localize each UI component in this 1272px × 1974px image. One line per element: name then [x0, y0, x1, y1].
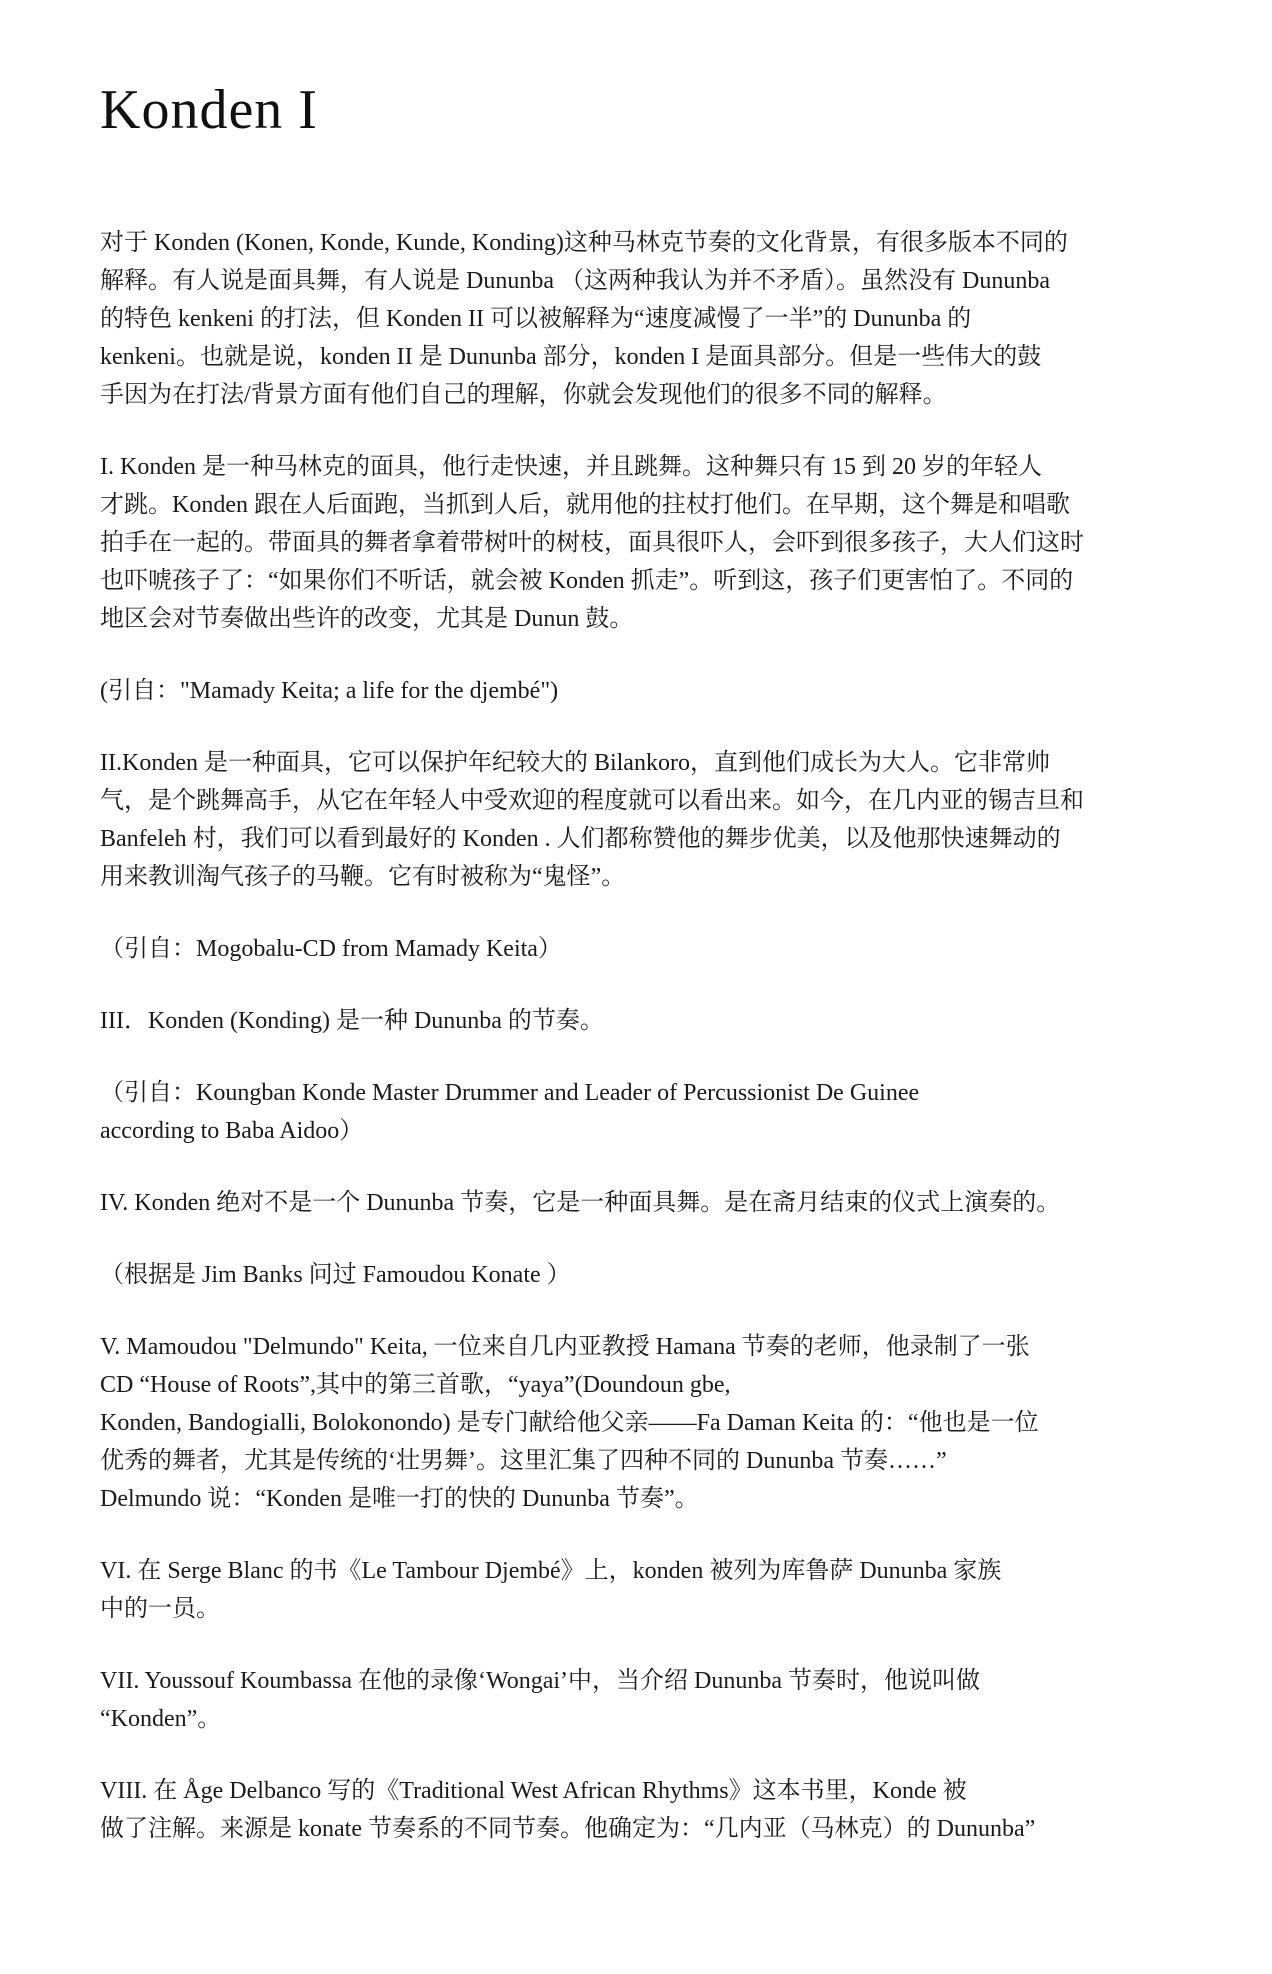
paragraph-item-8: VIII. 在 Åge Delbanco 写的《Traditional West… [100, 1772, 1178, 1848]
paragraph-item-7: VII. Youssouf Koumbassa 在他的录像‘Wongai’中，当… [100, 1662, 1178, 1738]
paragraph-item-4: IV. Konden 绝对不是一个 Dununba 节奏，它是一种面具舞。是在斋… [100, 1184, 1178, 1222]
document-body: 对于 Konden (Konen, Konde, Kunde, Konding)… [100, 224, 1178, 1882]
paragraph-item-6: VI. 在 Serge Blanc 的书《Le Tambour Djembé》上… [100, 1552, 1178, 1628]
paragraph-item-2: II.Konden 是一种面具，它可以保护年纪较大的 Bilankoro，直到他… [100, 744, 1178, 896]
citation-mogobalu-cd: （引自：Mogobalu-CD from Mamady Keita） [100, 930, 1178, 968]
paragraph-intro: 对于 Konden (Konen, Konde, Kunde, Konding)… [100, 224, 1178, 414]
page-title: Konden I [100, 78, 318, 142]
paragraph-item-5: V. Mamoudou "Delmundo" Keita, 一位来自几内亚教授 … [100, 1328, 1178, 1518]
citation-koungban-konde: （引自：Koungban Konde Master Drummer and Le… [100, 1074, 1178, 1150]
citation-mamady-keita-book: (引自："Mamady Keita; a life for the djembé… [100, 672, 1178, 710]
paragraph-item-3: III．Konden (Konding) 是一种 Dununba 的节奏。 [100, 1002, 1178, 1040]
document-page: Konden I 对于 Konden (Konen, Konde, Kunde,… [0, 0, 1272, 1974]
citation-jim-banks: （根据是 Jim Banks 问过 Famoudou Konate ） [100, 1256, 1178, 1294]
paragraph-item-1: I. Konden 是一种马林克的面具，他行走快速，并且跳舞。这种舞只有 15 … [100, 448, 1178, 638]
